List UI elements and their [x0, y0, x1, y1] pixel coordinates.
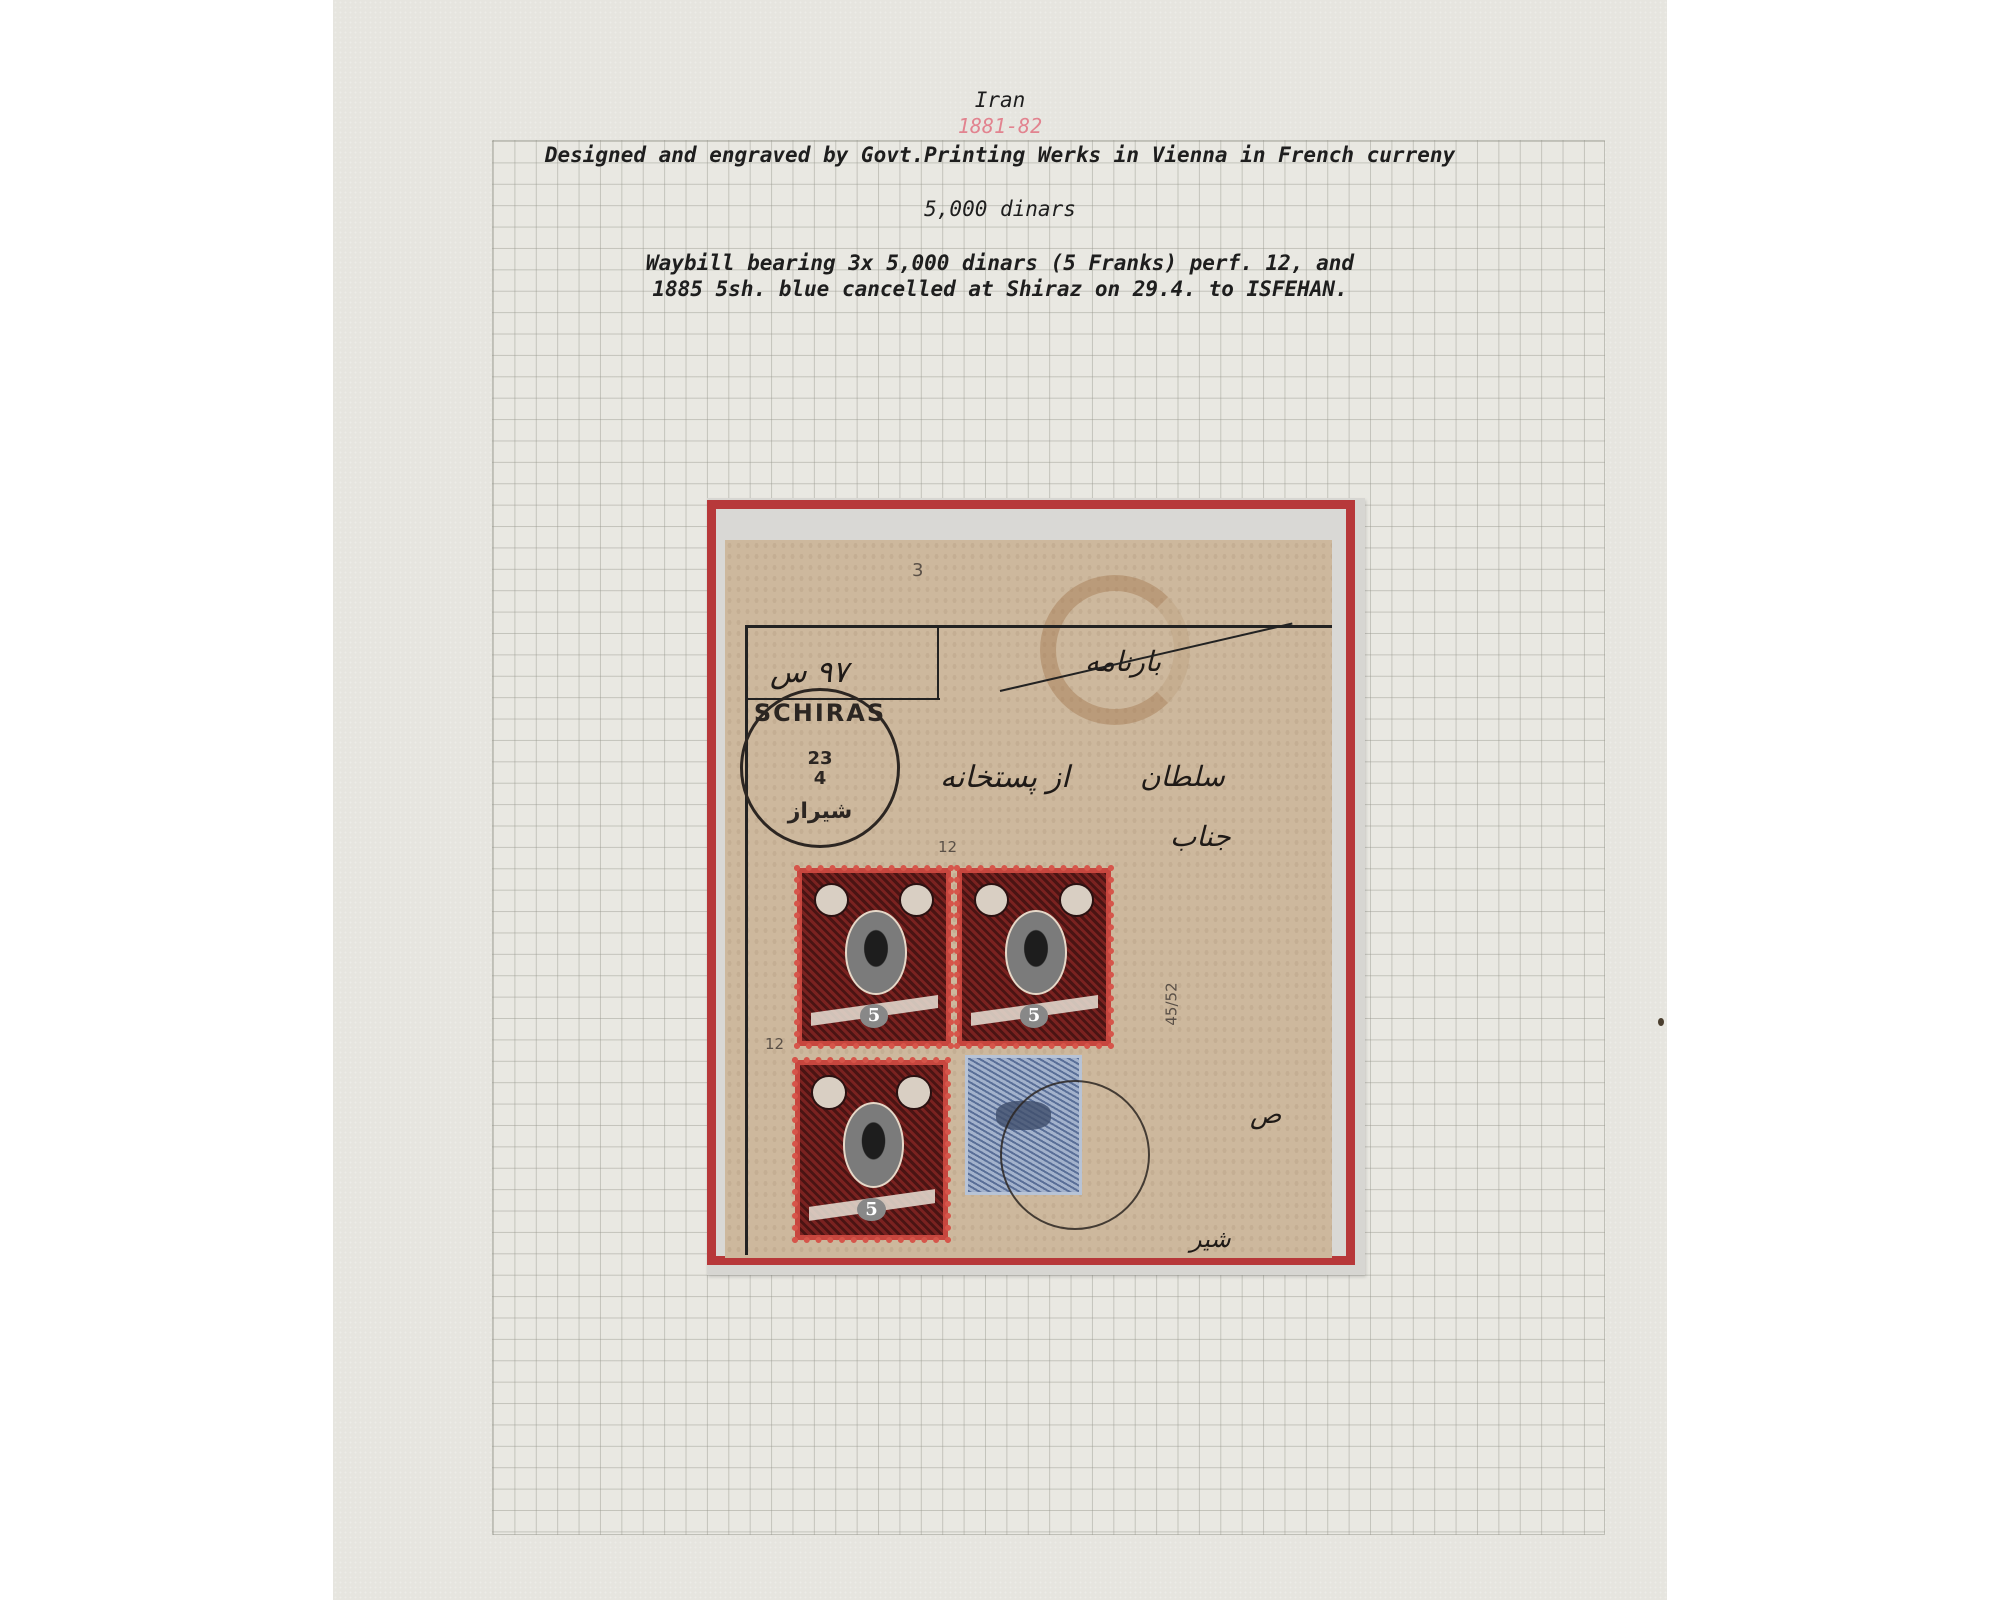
page-spot — [1658, 1018, 1664, 1026]
handwriting-line-4: ص — [1250, 1100, 1281, 1130]
subtitle-text: Designed and engraved by Govt.Printing W… — [333, 143, 1667, 167]
stamp-5000-dinars-2: 5 — [957, 868, 1111, 1046]
description-line-1: Waybill bearing 3x 5,000 dinars (5 Frank… — [333, 250, 1667, 276]
printed-box-right — [937, 625, 939, 700]
years-heading: 1881-82 — [333, 114, 1667, 138]
second-postmark — [1000, 1080, 1150, 1230]
postmark-arabic-town: شیراز — [743, 799, 897, 824]
stamp-value: 5 — [860, 1004, 889, 1028]
description-text: Waybill bearing 3x 5,000 dinars (5 Frank… — [333, 250, 1667, 302]
handwriting-line-2: سلطان — [1140, 760, 1225, 793]
handwriting-line-1: از پستخانه — [940, 760, 1069, 795]
stamp-value: 5 — [1020, 1004, 1049, 1028]
stamp-5000-dinars-1: 5 — [797, 868, 951, 1046]
schiras-postmark: SCHIRAS 23 4 شیراز — [740, 688, 900, 848]
shah-portrait-icon — [845, 910, 907, 995]
pencil-note-3: 3 — [912, 560, 923, 581]
box-number: ۹۷ س — [770, 655, 848, 690]
country-heading: Iran — [333, 88, 1667, 112]
pencil-note-12-top: 12 — [938, 838, 957, 856]
denomination-heading: 5,000 dinars — [333, 197, 1667, 221]
pencil-note-12-left: 12 — [765, 1035, 784, 1053]
handwriting-line-3: جناب — [1170, 820, 1231, 853]
postmark-date: 23 4 — [743, 749, 897, 789]
handwriting-line-5: شیر — [1190, 1225, 1231, 1253]
description-line-2: 1885 5sh. blue cancelled at Shiraz on 29… — [333, 276, 1667, 302]
printed-border-top — [745, 625, 1332, 628]
stamp-value: 5 — [857, 1198, 886, 1222]
postmark-town: SCHIRAS — [743, 699, 897, 727]
stamp-5000-dinars-3: 5 — [795, 1060, 948, 1240]
shah-portrait-icon — [843, 1102, 904, 1188]
shah-portrait-icon — [1005, 910, 1067, 995]
pencil-note-catalog: 45/52 — [1163, 982, 1181, 1025]
